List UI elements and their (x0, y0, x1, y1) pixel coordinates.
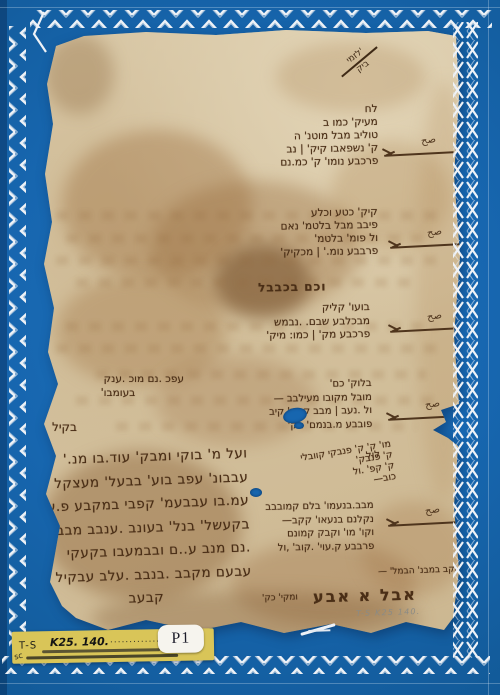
sleeve-left-edge (0, 0, 7, 695)
handwritten-word: בקיל (52, 420, 77, 434)
page-marker-tag: P1 (158, 624, 204, 653)
sah-glyph: صح (424, 504, 440, 517)
handwritten-line: פרבבע ק.עוי' .קוב' ,ול (252, 539, 374, 555)
handwritten-line: פרכבע נומו' ק' כמ.נם (252, 155, 378, 170)
fragment-hole (294, 422, 304, 429)
handwritten-line: ול .נעב | מבב קקב' קיב (250, 404, 372, 420)
bleed-through-line (76, 278, 416, 287)
sah-underline (390, 327, 460, 333)
bleed-through-line (56, 344, 436, 353)
handwritten-line: פרבבע נומ.' | מכקיק' (252, 245, 378, 260)
label-classmark: K25. 140. (50, 635, 109, 649)
sah-underline (390, 243, 460, 249)
sah-glyph: صح (426, 226, 442, 239)
classmark-label: T-S K25. 140. ······················ sc … (12, 628, 215, 664)
sah-correction-mark: صح (386, 402, 460, 426)
text-block-b: קיק' כטע וכלע פיבב מבל בלטמ' נאם ול פומ'… (252, 206, 379, 260)
label-series: T-S (19, 640, 37, 651)
sleeve-right-edge-line (488, 0, 489, 695)
sah-underline (384, 151, 454, 157)
handwritten-line: וקו' מו' וקבק קמונם (252, 526, 374, 542)
text-block-k-large: אבל א אבע (313, 585, 417, 607)
sleeve-top-edge-line (0, 7, 500, 8)
sah-correction-mark: صح (382, 138, 456, 162)
handwritten-word: ומקי' כק' (262, 592, 298, 603)
text-block-k-prefix: ומקי' כק' (262, 592, 298, 603)
fragment-hole (250, 488, 262, 497)
handwritten-line: בלוק' כם' (250, 377, 372, 393)
handwritten-line: פרכבע מק' | כמו: מיק' (252, 328, 370, 344)
text-block-a: לח מעיק' כמו ב טוליב מבל מוטנ' ה ק' נשפא… (251, 103, 378, 170)
handwritten-line: בועו' קליק (252, 301, 370, 317)
handwritten-word: לול (365, 449, 380, 461)
text-block-i: מבב.בנעמו' בלם קמובבב נקלנם בנעאו' קקב— … (252, 499, 375, 555)
large-inscription: אבל א אבע (313, 585, 417, 607)
text-block-c-heading: וכם בכבבל (258, 279, 327, 294)
redacted-print-line (26, 654, 178, 660)
sah-glyph: صح (426, 310, 442, 323)
bleed-through-line (56, 256, 436, 265)
sah-correction-mark: صح (388, 314, 462, 338)
text-block-c: בועו' קליק מבכלבע שבם. .נבמש פרכבע מק' |… (252, 301, 371, 344)
handwritten-line: בעומבו' (52, 386, 184, 400)
sah-underline (388, 521, 458, 527)
handwritten-line: פובבע מ.בנמם' בק' (250, 417, 372, 433)
text-block-f: ועל מ' בוקי ומבק' עוד.בו מנ.' עבבונ' עפב… (36, 442, 253, 614)
text-block-d: עפכ .נם מוכ .ענק בעומבו' (52, 372, 184, 400)
handwritten-line: עפכ .נם מוכ .ענק (52, 372, 184, 386)
text-block-h-word: לול (365, 449, 380, 461)
handwritten-line: מבב.בנעמו' בלם קמובבב (252, 499, 374, 515)
handwritten-heading: וכם בכבבל (258, 279, 327, 294)
sah-glyph: صح (424, 398, 440, 411)
sah-glyph: صح (420, 134, 436, 147)
sah-correction-mark: صح (388, 230, 462, 254)
left-zigzag-stitch (9, 26, 26, 648)
text-block-g: בלוק' כם' מובל מקובו מעילבב — ול .נעב | … (250, 377, 373, 433)
conservation-photo-stage: לזמי' ביק לח מעיק' כמו ב טוליב מבל מוטנ'… (0, 0, 500, 695)
manuscript-fragment: לזמי' ביק לח מעיק' כמו ב טוליב מבל מוטנ'… (36, 26, 462, 642)
manuscript-fragment-wrapper: לזמי' ביק לח מעיק' כמו ב טוליב מבל מוטנ'… (36, 26, 462, 642)
stain (44, 34, 114, 114)
bleed-through-line (66, 322, 436, 331)
sleeve-bottom-edge-line (0, 683, 500, 684)
bleed-through-line (56, 211, 436, 220)
sah-underline (388, 415, 458, 421)
sah-correction-mark: صح (386, 508, 460, 532)
label-corner-mark: sc (13, 651, 24, 662)
text-block-h: מו' ק' ק' פנבקי קוובלי ק' פנבק' ק' קפ' .… (291, 438, 397, 497)
text-block-e: בקיל (52, 420, 77, 434)
